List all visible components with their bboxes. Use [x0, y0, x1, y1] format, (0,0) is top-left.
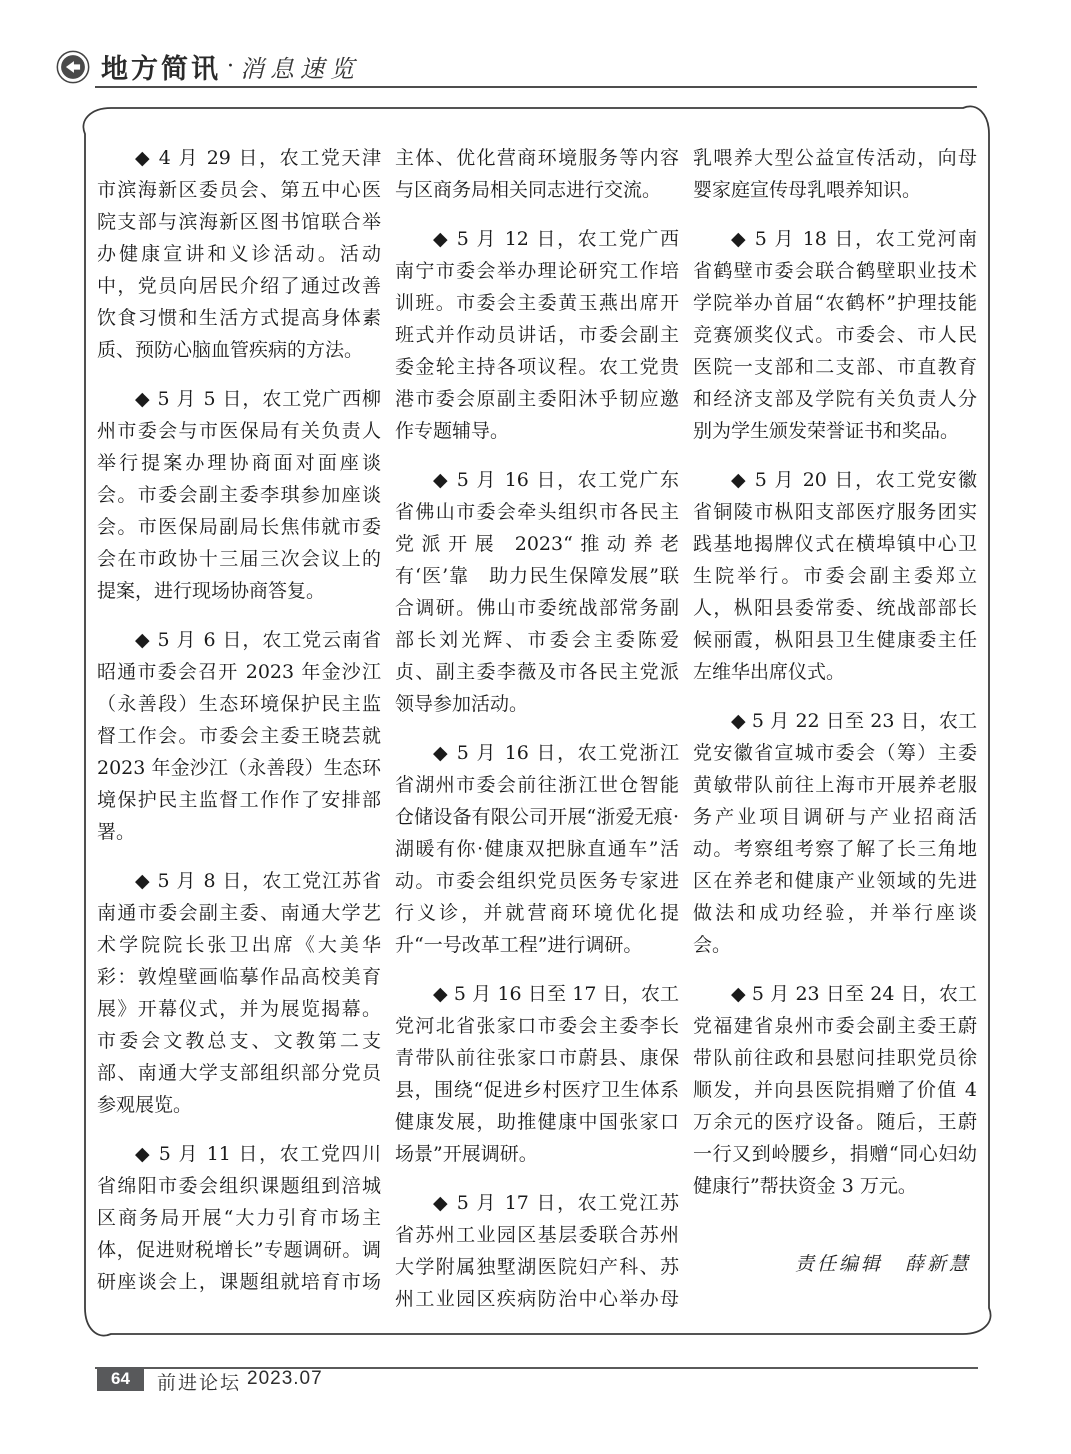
news-item: ◆ 5 月 16 日，农工党广东省佛山市委会牵头组织市各民主党派开展 2023“…	[395, 464, 679, 720]
section-header: 地方简讯 · 消息速览	[101, 48, 360, 84]
news-item: ◆ 5 月 20 日，农工党安徽省铜陵市枞阳支部医疗服务团实践基地揭牌仪式在横埠…	[693, 464, 977, 688]
news-item: ◆ 5 月 18 日，农工党河南省鹤壁市委会联合鹤壁职业技术学院举办首届“农鹤杯…	[693, 223, 977, 447]
news-item: ◆ 5 月 22 日至 23 日，农工党安徽省宣城市委会（筹）主委黄敏带队前往上…	[693, 705, 977, 961]
news-item: ◆ 5 月 6 日，农工党云南省昭通市委会召开 2023 年金沙江（永善段）生态…	[97, 624, 381, 848]
section-subtitle: 消息速览	[240, 49, 360, 84]
magazine-page: 地方简讯 · 消息速览 ◆ 4 月 29 日，农工党天津市滨海新区委员会、第五中…	[0, 0, 1071, 1454]
news-item: ◆ 5 月 16 日至 17 日，农工党河北省张家口市委会主委李长青带队前往张家…	[395, 978, 679, 1170]
news-item: ◆ 5 月 16 日，农工党浙江省湖州市委会前往浙江世仓智能仓储设备有限公司开展…	[395, 737, 679, 961]
issue-date: 2023.07	[247, 1368, 323, 1390]
journal-name: 前进论坛	[157, 1368, 241, 1395]
news-item: ◆ 5 月 12 日，农工党广西南宁市委会举办理论研究工作培训班。市委会主委黄玉…	[395, 223, 679, 447]
news-item: ◆ 5 月 5 日，农工党广西柳州市委会与市医保局有关负责人举行提案办理协商面对…	[97, 383, 381, 607]
editor-credit: 责任编辑 薛新慧	[693, 1248, 971, 1280]
section-title: 地方简讯	[101, 47, 221, 86]
news-columns: ◆ 4 月 29 日，农工党天津市滨海新区委员会、第五中心医院支部与滨海新区图书…	[97, 142, 977, 1318]
header-rule	[95, 86, 977, 88]
page-number: 64	[97, 1367, 144, 1391]
section-separator: ·	[227, 54, 234, 79]
arrow-left-circle-icon	[56, 50, 90, 84]
news-item: ◆ 5 月 8 日，农工党江苏省南通市委会副主委、南通大学艺术学院院长张卫出席《…	[97, 865, 381, 1121]
news-item: ◆ 5 月 23 日至 24 日，农工党福建省泉州市委会副主委王蔚带队前往政和县…	[693, 978, 977, 1202]
news-item: ◆ 4 月 29 日，农工党天津市滨海新区委员会、第五中心医院支部与滨海新区图书…	[97, 142, 381, 366]
